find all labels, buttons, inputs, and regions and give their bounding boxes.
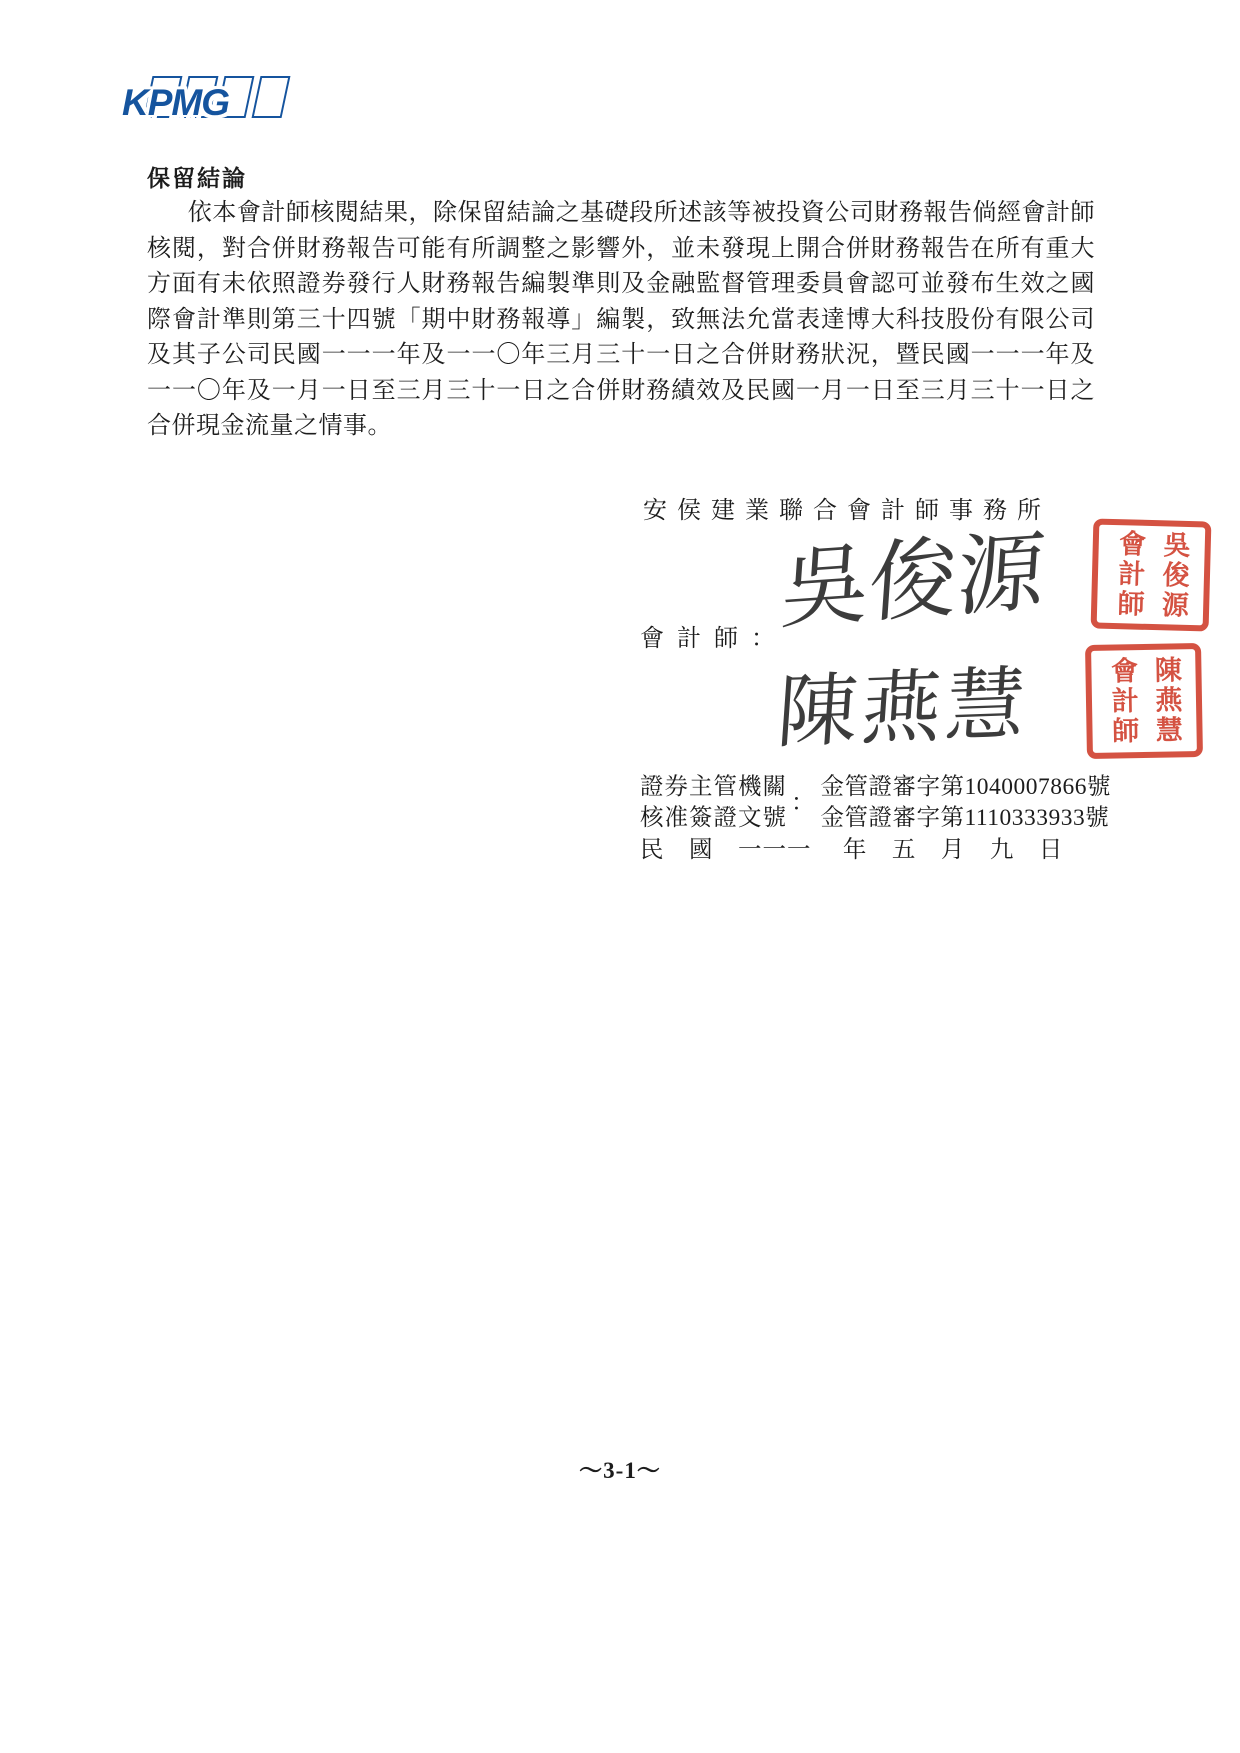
seal-left-column: 會計師 — [1108, 656, 1137, 746]
approval-label: 證券主管機關 核准簽證文號 — [640, 772, 787, 834]
accountant-label-text: 會計師 — [640, 626, 751, 652]
signature-wu-chun-yuan: 吳俊源 — [778, 501, 1050, 646]
accountant-label-colon: ： — [751, 626, 775, 652]
signature-chen-yen-hui: 陳燕慧 — [774, 639, 1034, 763]
approval-colon: ： — [791, 788, 815, 819]
kpmg-logo-text: KPMG — [122, 84, 229, 121]
cpa-seal-stamp-second: 會計師 陳燕慧 — [1085, 643, 1203, 759]
seal-right-column: 陳燕慧 — [1152, 655, 1181, 745]
logo-square-icon — [252, 76, 291, 118]
approval-block: 證券主管機關 核准簽證文號 ： 金管證審字第1040007866號 金管證審字第… — [640, 772, 1111, 866]
approval-date: 民 國 一一一 年 五 月 九 日 — [640, 835, 1111, 866]
approval-doc-number-2: 金管證審字第1110333933號 — [821, 803, 1112, 834]
audit-report-page: KPMG 保留結論 依本會計師核閱結果，除保留結論之基礎段所述該等被投資公司財務… — [0, 0, 1240, 1753]
kpmg-logo: KPMG — [122, 74, 292, 136]
accountant-label: 會計師： — [640, 618, 775, 653]
cpa-seal-stamp-first: 會計師 吳俊源 — [1091, 518, 1212, 631]
approval-label-line2: 核准簽證文號 — [640, 803, 787, 834]
approval-label-line1: 證券主管機關 — [640, 772, 787, 803]
conclusion-paragraph: 依本會計師核閱結果，除保留結論之基礎段所述該等被投資公司財務報告倘經會計師核閱，… — [147, 196, 1095, 445]
seal-left-column: 會計師 — [1114, 529, 1143, 620]
page-number: ～3-1～ — [0, 1452, 1240, 1485]
section-heading: 保留結論 — [147, 160, 247, 193]
approval-values: 金管證審字第1040007866號 金管證審字第1110333933號 — [821, 772, 1112, 834]
seal-right-column: 吳俊源 — [1158, 530, 1187, 621]
approval-row: 證券主管機關 核准簽證文號 ： 金管證審字第1040007866號 金管證審字第… — [640, 772, 1111, 834]
approval-doc-number-1: 金管證審字第1040007866號 — [821, 772, 1112, 803]
